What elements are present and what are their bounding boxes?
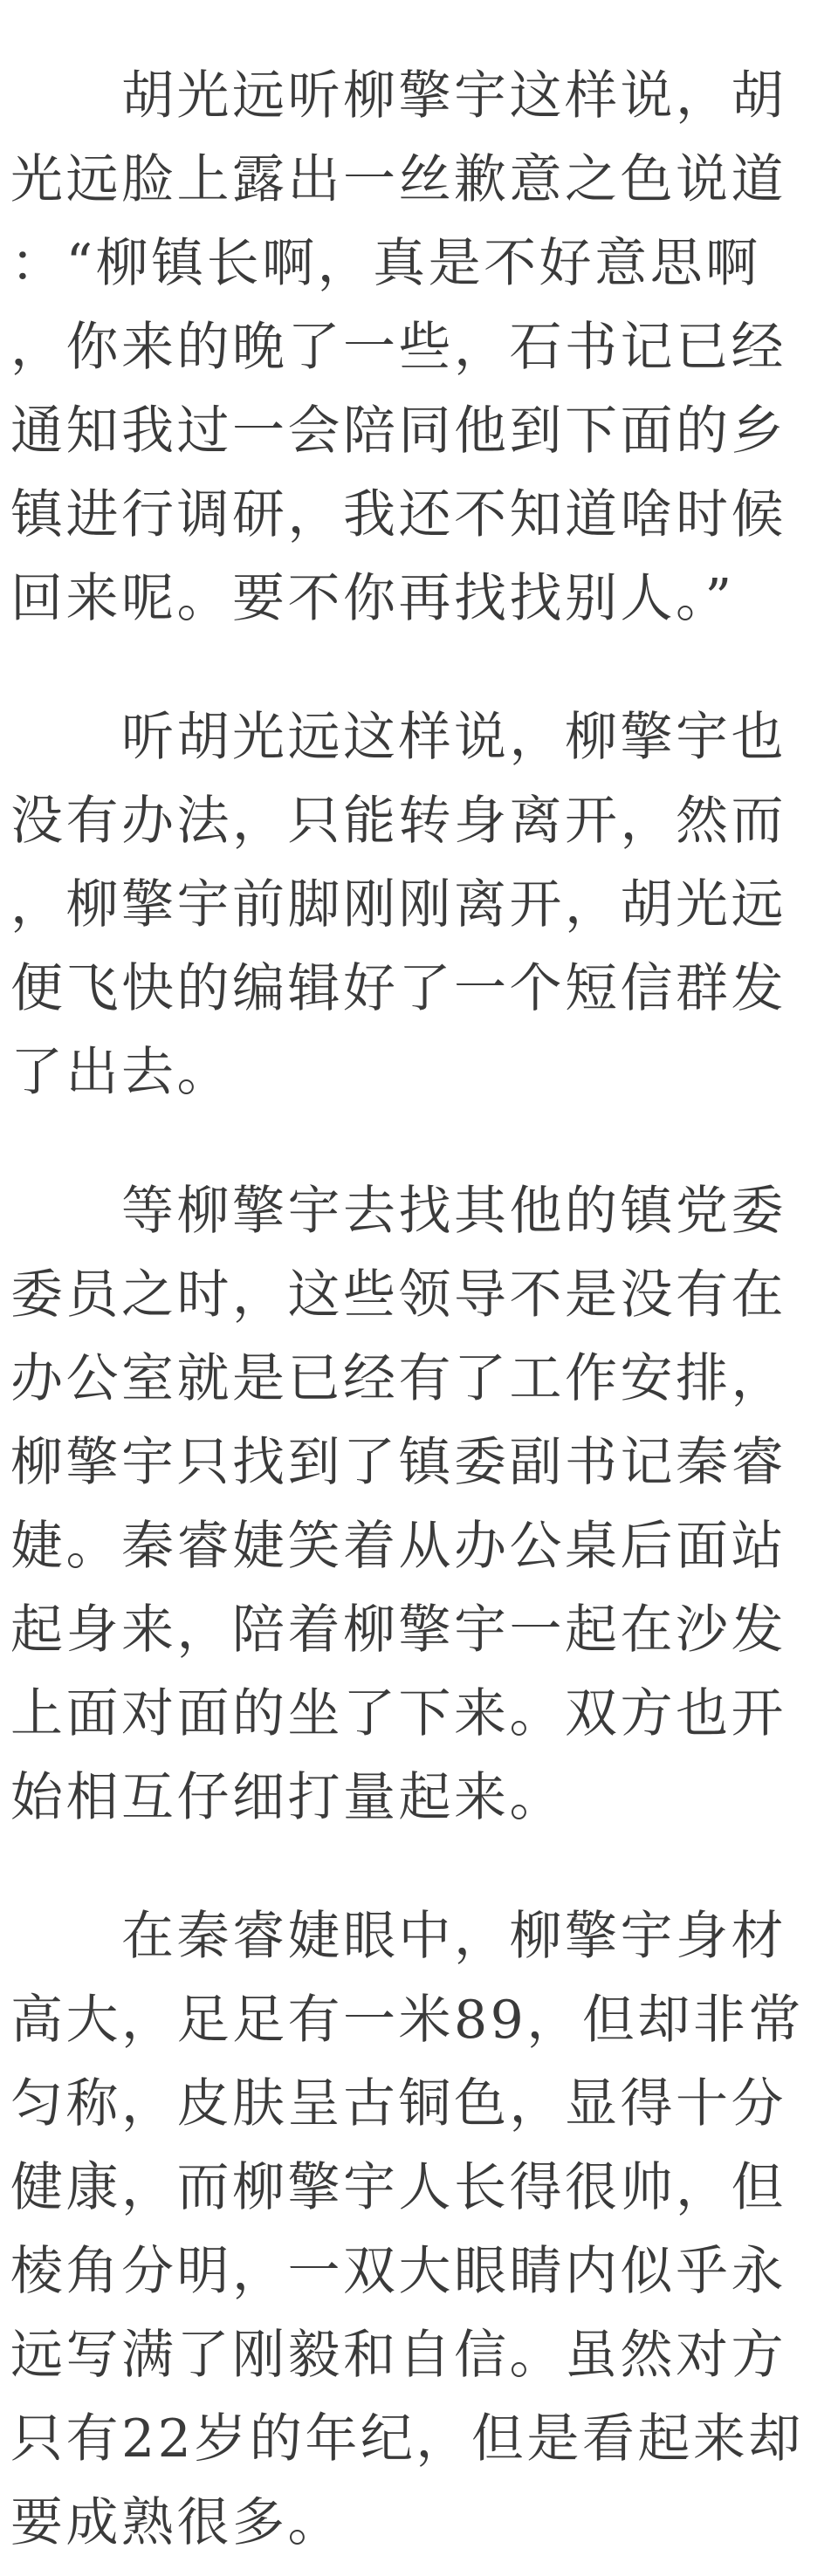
paragraph-2: 听胡光远这样说，柳擎宇也 没有办法，只能转身离开，然而 ，柳擎宇前脚刚刚离开，胡… [10, 695, 838, 1114]
article-page: 胡光远听柳擎宇这样说，胡 光远脸上露出一丝歉意之色说道 ：“柳镇长啊，真是不好意… [0, 0, 838, 2576]
text-line: 光远脸上露出一丝歉意之色说道 [10, 138, 838, 222]
text-line: 镇进行调研，我还不知道啥时候 [10, 473, 838, 557]
text-line: 了出去。 [10, 1031, 838, 1114]
text-line: ：“柳镇长啊，真是不好意思啊 [10, 222, 838, 305]
paragraph-3: 等柳擎宇去找其他的镇党委 委员之时，这些领导不是没有在 办公室就是已经有了工作安… [10, 1169, 838, 1840]
text-line: 上面对面的坐了下来。双方也开 [10, 1672, 838, 1756]
text-line: 始相互仔细打量起来。 [10, 1756, 838, 1840]
paragraph-1: 胡光远听柳擎宇这样说，胡 光远脸上露出一丝歉意之色说道 ：“柳镇长啊，真是不好意… [10, 54, 838, 641]
text-line: 胡光远听柳擎宇这样说，胡 [10, 54, 838, 138]
paragraph-4: 在秦睿婕眼中，柳擎宇身材 高大，足足有一米89，但却非常 匀称，皮肤呈古铜色，显… [10, 1894, 838, 2565]
text-line: 远写满了刚毅和自信。虽然对方 [10, 2313, 838, 2397]
text-line: 没有办法，只能转身离开，然而 [10, 779, 838, 863]
text-line: 回来呢。要不你再找找别人。” [10, 557, 838, 641]
text-line: 通知我过一会陪同他到下面的乡 [10, 389, 838, 473]
text-line: 办公室就是已经有了工作安排， [10, 1337, 838, 1421]
text-line: 高大，足足有一米89，但却非常 [10, 1978, 838, 2062]
text-line: 只有22岁的年纪，但是看起来却 [10, 2397, 838, 2481]
text-line: ，柳擎宇前脚刚刚离开，胡光远 [10, 863, 838, 947]
text-line: 棱角分明，一双大眼睛内似乎永 [10, 2230, 838, 2313]
text-line: 委员之时，这些领导不是没有在 [10, 1253, 838, 1337]
text-line: 健康，而柳擎宇人长得很帅，但 [10, 2146, 838, 2230]
text-line: 听胡光远这样说，柳擎宇也 [10, 695, 838, 779]
text-line: 要成熟很多。 [10, 2481, 838, 2565]
text-line: ，你来的晚了一些，石书记已经 [10, 305, 838, 389]
text-line: 在秦睿婕眼中，柳擎宇身材 [10, 1894, 838, 1978]
text-line: 柳擎宇只找到了镇委副书记秦睿 [10, 1421, 838, 1504]
text-line: 等柳擎宇去找其他的镇党委 [10, 1169, 838, 1253]
text-line: 起身来，陪着柳擎宇一起在沙发 [10, 1588, 838, 1672]
text-line: 便飞快的编辑好了一个短信群发 [10, 947, 838, 1031]
text-line: 匀称，皮肤呈古铜色，显得十分 [10, 2062, 838, 2146]
text-line: 婕。秦睿婕笑着从办公桌后面站 [10, 1504, 838, 1588]
